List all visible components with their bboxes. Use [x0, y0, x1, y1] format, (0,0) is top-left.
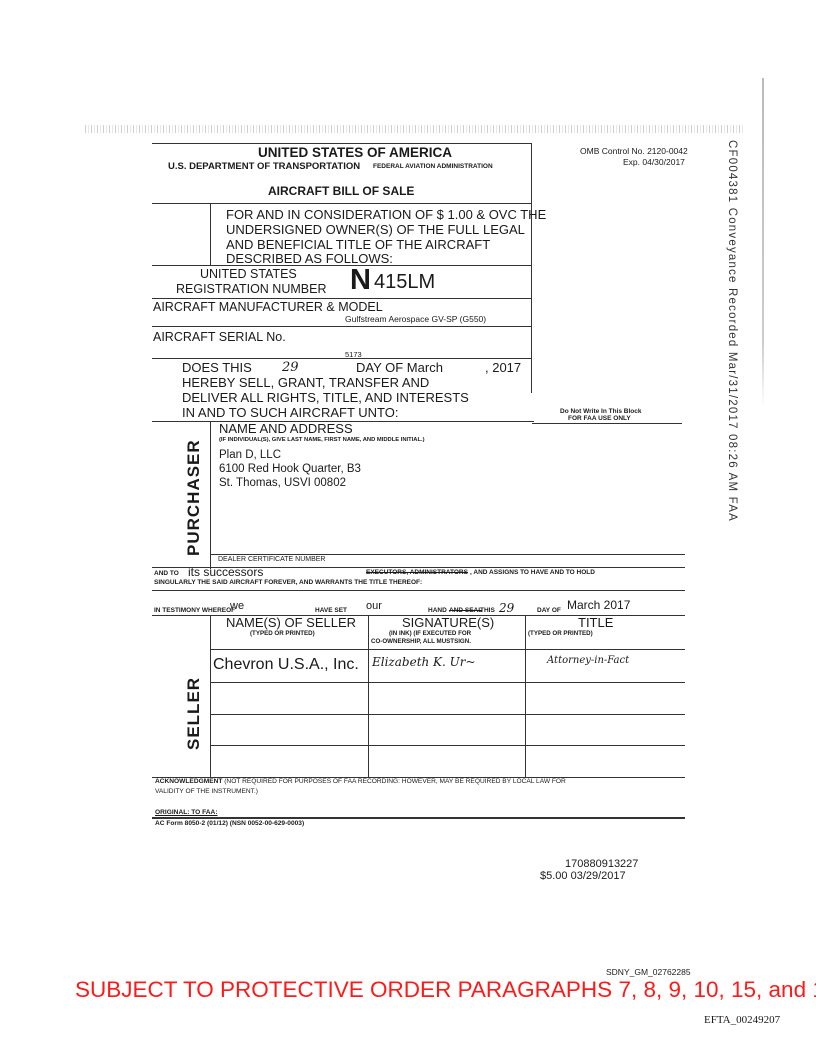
- rule: [210, 421, 211, 569]
- acknowledgment: ACKNOWLEDGMENT (NOT REQUIRED FOR PURPOSE…: [155, 778, 566, 785]
- country-heading: UNITED STATES OF AMERICA: [258, 145, 452, 160]
- scan-edge-line: [762, 78, 764, 408]
- receipt-number: 170880913227: [565, 858, 638, 870]
- col-signature: SIGNATURE(S): [402, 615, 494, 630]
- seller-side-label: SELLER: [184, 682, 204, 750]
- testimony-day: 29: [499, 601, 514, 615]
- table-row: [210, 682, 685, 683]
- col-seller-name-sub: (TYPED OR PRINTED): [250, 630, 315, 637]
- warranty-line: SINGULARLY THE SAID AIRCRAFT FOREVER, AN…: [154, 579, 422, 586]
- consideration-line2: UNDERSIGNED OWNER(S) OF THE FULL: [226, 222, 479, 237]
- table-row: [210, 745, 685, 746]
- recording-stamp: CF004381 Conveyance Recorded Mar/31/2017…: [726, 140, 738, 522]
- and-to-label: AND TO: [154, 570, 179, 577]
- rule: [152, 590, 685, 591]
- col-signature-sub: (IN INK) (IF EXECUTED FOR: [389, 630, 471, 637]
- and-to-rest: , AND ASSIGNS TO HAVE AND TO HOLD: [470, 569, 595, 576]
- form-title: AIRCRAFT BILL OF SALE: [268, 184, 414, 198]
- consideration-line3: AND BENEFICIAL TITLE OF THE AIRCRAFT: [226, 237, 490, 252]
- manufacturer-value: Gulfstream Aerospace GV-SP (G550): [345, 314, 486, 324]
- dealer-cert-label: DEALER CERTIFICATE NUMBER: [218, 556, 325, 563]
- scan-noise-line: [85, 125, 745, 133]
- efta-number: EFTA_00249207: [704, 1014, 780, 1026]
- this-label: THIS: [480, 607, 495, 614]
- hand-label: HAND: [428, 607, 447, 614]
- consideration-line1: FOR AND IN CONSIDERATION OF $ 1.00 & OVC…: [226, 207, 546, 222]
- rule: [210, 554, 685, 555]
- department: U.S. DEPARTMENT OF TRANSPORTATION: [168, 161, 360, 172]
- purchaser-instruction: (IF INDIVIDUAL(S), GIVE LAST NAME, FIRST…: [219, 437, 425, 443]
- transfer-line4: IN AND TO SUCH AIRCRAFT UNTO:: [182, 405, 398, 420]
- seller-name: Chevron U.S.A., Inc.: [213, 656, 359, 674]
- purchaser-heading: NAME AND ADDRESS: [219, 421, 353, 436]
- col-signature-sub2: CO-OWNERSHIP, ALL MUSTSIGN.: [371, 638, 471, 645]
- serial-label: AIRCRAFT SERIAL No.: [153, 330, 286, 344]
- purchaser-address2: St. Thomas, USVI 00802: [219, 477, 346, 489]
- rule: [152, 817, 685, 819]
- testimony-who: we: [230, 600, 244, 612]
- seller-title: Attorney-in-Fact: [547, 655, 629, 666]
- and-to-value: its successors: [188, 565, 263, 579]
- consideration-line2b: LEGAL: [483, 222, 525, 237]
- acknowledgment-line2: VALIDITY OF THE INSTRUMENT.): [155, 788, 258, 795]
- purchaser-address1: 6100 Red Hook Quarter, B3: [219, 463, 361, 475]
- registration-prefix: N: [350, 264, 371, 297]
- transfer-month: DAY OF March: [356, 360, 443, 375]
- purchaser-name: Plan D, LLC: [219, 449, 281, 461]
- faa-block-note: Do Not Write In This Block: [560, 408, 642, 415]
- executors-struck: EXECUTORS, ADMINISTRATORS: [366, 569, 468, 576]
- seller-signature: Elizabeth K. Ur~: [372, 655, 476, 669]
- rule: [531, 143, 532, 393]
- registration-label2: REGISTRATION NUMBER: [176, 282, 326, 296]
- faa-block-note2: FOR FAA USE ONLY: [568, 415, 631, 422]
- omb-expiration: Exp. 04/30/2017: [623, 157, 685, 167]
- and-seal-struck: AND SEAL: [449, 607, 482, 614]
- protective-order-notice: SUBJECT TO PROTECTIVE ORDER PARAGRAPHS 7…: [75, 977, 816, 1003]
- acknowledgment-bold: ACKNOWLEDGMENT: [155, 778, 222, 785]
- transfer-line2: HEREBY SELL, GRANT, TRANSFER AND: [182, 375, 429, 390]
- col-title-sub: (TYPED OR PRINTED): [528, 630, 593, 637]
- testimony-pronoun: our: [366, 600, 382, 612]
- registration-number: 415LM: [374, 271, 435, 294]
- rule: [210, 615, 211, 777]
- purchaser-side-label: PURCHASER: [184, 446, 204, 556]
- rule: [368, 615, 369, 777]
- manufacturer-label: AIRCRAFT MANUFACTURER & MODEL: [153, 300, 383, 314]
- receipt-fee-date: $5.00 03/29/2017: [540, 870, 626, 882]
- transfer-day: 29: [282, 360, 299, 375]
- form-id: AC Form 8050-2 (01/12) (NSN 0052-00-629-…: [155, 820, 304, 827]
- rule: [210, 203, 211, 265]
- rule: [210, 649, 685, 650]
- table-row: [210, 714, 685, 715]
- rule: [525, 615, 526, 777]
- testimony-month-year: March 2017: [567, 598, 630, 612]
- registration-label1: UNITED STATES: [200, 267, 297, 281]
- col-seller-name: NAME(S) OF SELLER: [226, 615, 356, 630]
- rule: [152, 298, 532, 299]
- acknowledgment-text: (NOT REQUIRED FOR PURPOSES OF FAA RECORD…: [222, 778, 565, 785]
- testimony-label: IN TESTIMONY WHEREOF: [154, 607, 235, 614]
- omb-control: OMB Control No. 2120-0042: [580, 146, 688, 156]
- have-set-label: HAVE SET: [315, 607, 347, 614]
- rule: [152, 203, 532, 204]
- transfer-line3: DELIVER ALL RIGHTS, TITLE, AND INTERESTS: [182, 390, 469, 405]
- rule: [152, 143, 532, 144]
- rule: [152, 358, 532, 359]
- bates-number: SDNY_GM_02762285: [606, 967, 691, 977]
- original-to-faa: ORIGINAL: TO FAA:: [155, 809, 218, 816]
- rule: [152, 326, 532, 327]
- does-this-label: DOES THIS: [182, 360, 252, 375]
- agency: FEDERAL AVIATION ADMINISTRATION: [373, 163, 493, 170]
- rule: [152, 265, 532, 266]
- col-title: TITLE: [578, 615, 613, 630]
- rule: [532, 423, 682, 424]
- day-of-label: DAY OF: [537, 607, 561, 614]
- transfer-year: , 2017: [485, 360, 521, 375]
